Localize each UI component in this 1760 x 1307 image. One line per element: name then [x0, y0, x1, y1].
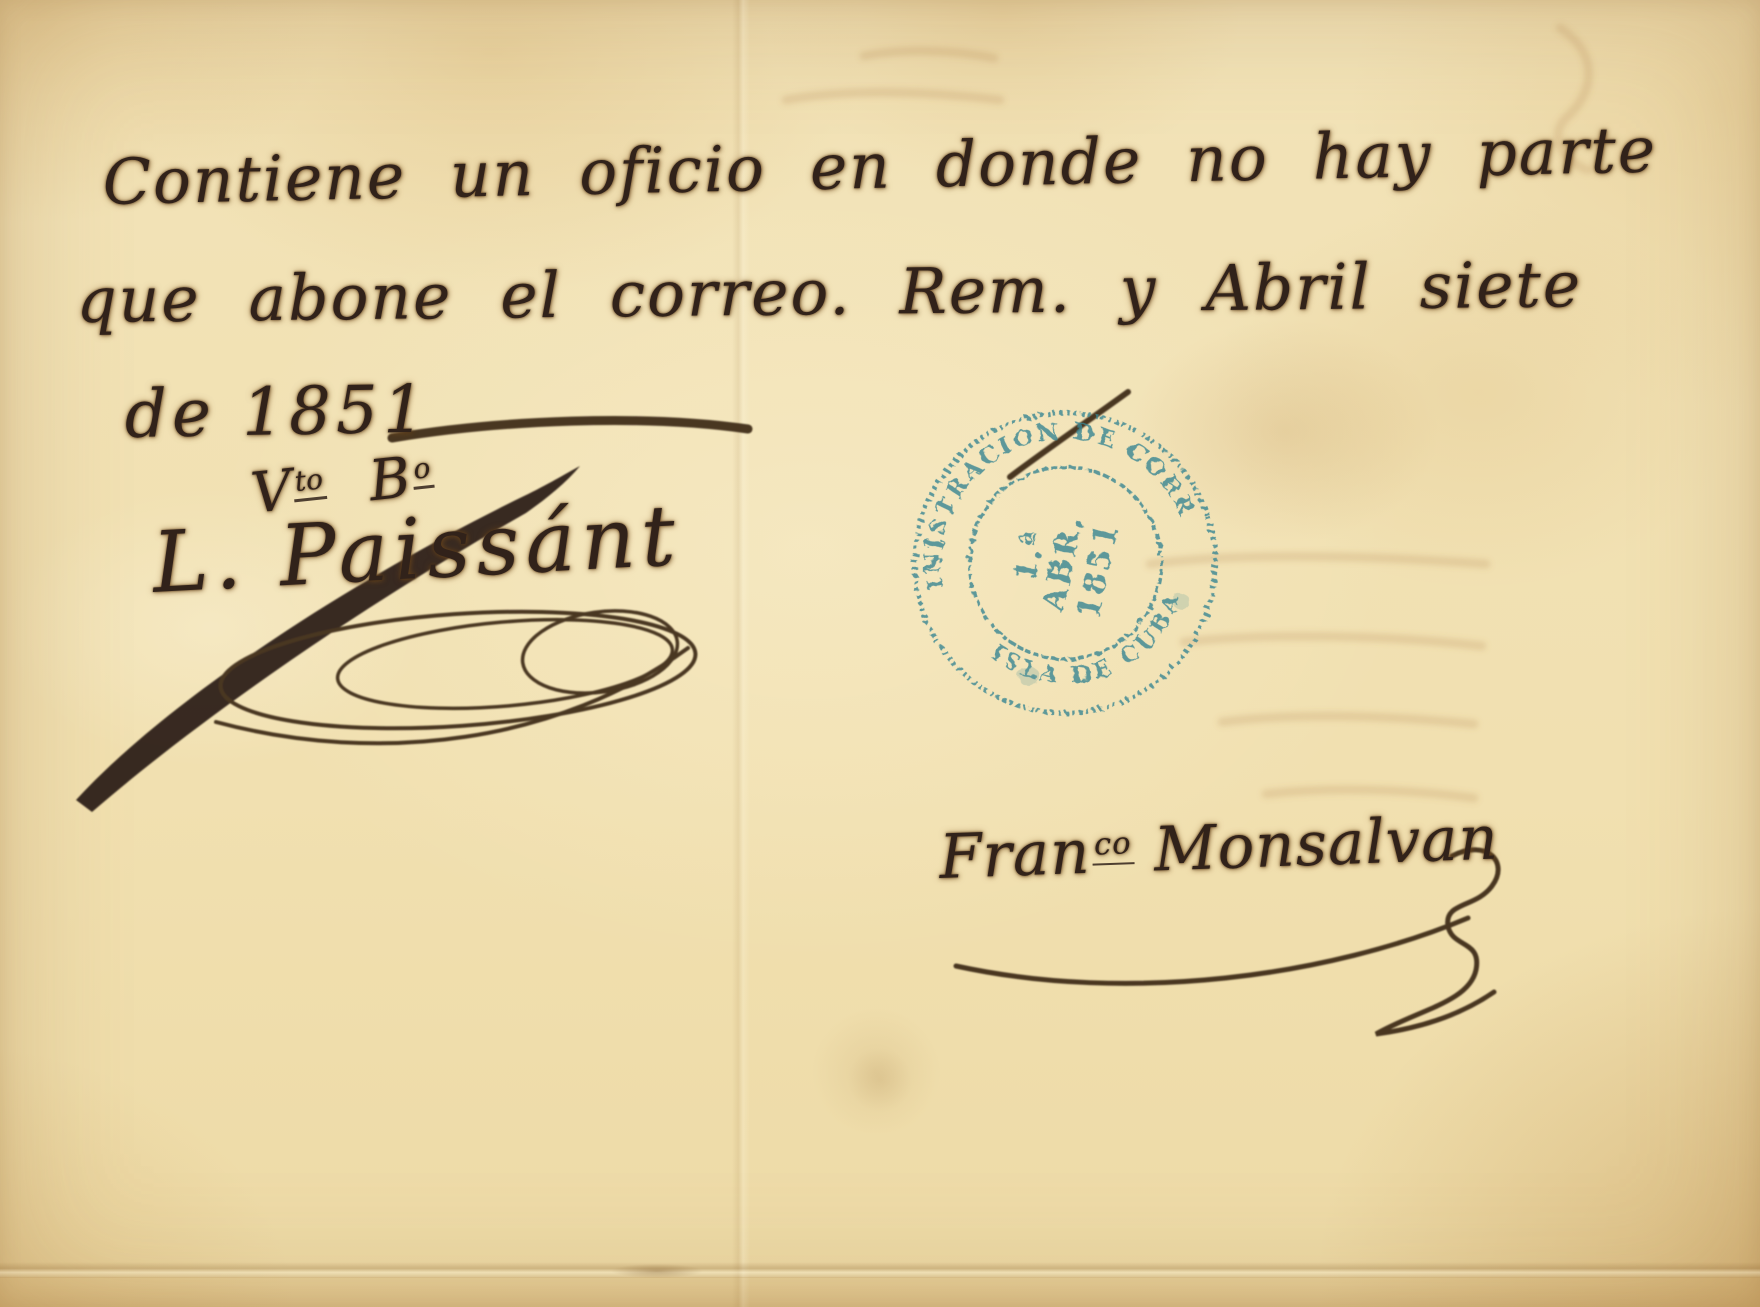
paper-tear-notch — [592, 1262, 722, 1282]
showthrough-stroke — [1266, 790, 1474, 798]
sender-first-name: Fran — [938, 817, 1092, 893]
y-descender-stroke — [1010, 392, 1128, 477]
manuscript-line-3: de 1851 — [124, 371, 431, 453]
postmark-ring-text-bottom-path: ISLA DE CUBA — [981, 580, 1205, 715]
signature-flourish-stroke — [216, 648, 688, 743]
signature-flourish-loop — [334, 608, 676, 721]
sender-rubric — [1376, 850, 1498, 1034]
showthrough-stroke — [1184, 636, 1482, 646]
manuscript-letter-cover: Contiene un oficio en donde no hay parte… — [0, 0, 1760, 1307]
manuscript-line-1: Contiene un oficio en donde no hay parte — [102, 113, 1658, 219]
showthrough-stroke — [864, 51, 994, 58]
postmark-outer-ring — [888, 386, 1242, 740]
horizontal-fold-crease — [0, 1262, 1760, 1278]
postmark-inner-ring — [944, 442, 1186, 684]
signature-flourish-loop — [217, 598, 700, 743]
postmark-ring-text-top-path: ADMINISTRACION DE CORREOS — [888, 386, 1205, 613]
bueno-superscript: o — [410, 451, 435, 490]
postmark-ring-text-top: ADMINISTRACION DE CORREOS — [888, 386, 1205, 613]
postmark-stamp: ADMINISTRACION DE CORREOS ISLA DE CUBA 1… — [888, 386, 1242, 740]
bottom-edge-strip — [0, 1277, 1760, 1307]
sender-superscript: co — [1091, 826, 1134, 865]
approver-signature: L. Paissánt — [150, 486, 683, 612]
date-dash-stroke — [392, 420, 748, 438]
postmark-ring-text-bottom: ISLA DE CUBA — [981, 580, 1205, 715]
postmark-date-month: ABR. — [1035, 511, 1091, 616]
postmark-smudge — [1170, 591, 1190, 611]
visto-superscript: to — [291, 462, 327, 502]
postmark-date-year: 1851 — [1070, 518, 1126, 622]
signature-flourish-loop — [517, 602, 683, 703]
postmark-date-day: 1.ª — [1008, 527, 1053, 585]
showthrough-stroke — [1150, 556, 1486, 564]
showthrough-stroke — [786, 92, 1000, 100]
postmark-smudge — [1015, 663, 1040, 688]
sender-signature: Franco Monsalvan — [938, 802, 1500, 892]
manuscript-line-2: que abone el correo. Rem. y Abril siete — [76, 248, 1582, 337]
sender-underline-swoosh — [956, 918, 1468, 983]
showthrough-stroke — [1222, 716, 1474, 724]
sender-last-name: Monsalvan — [1132, 802, 1499, 886]
